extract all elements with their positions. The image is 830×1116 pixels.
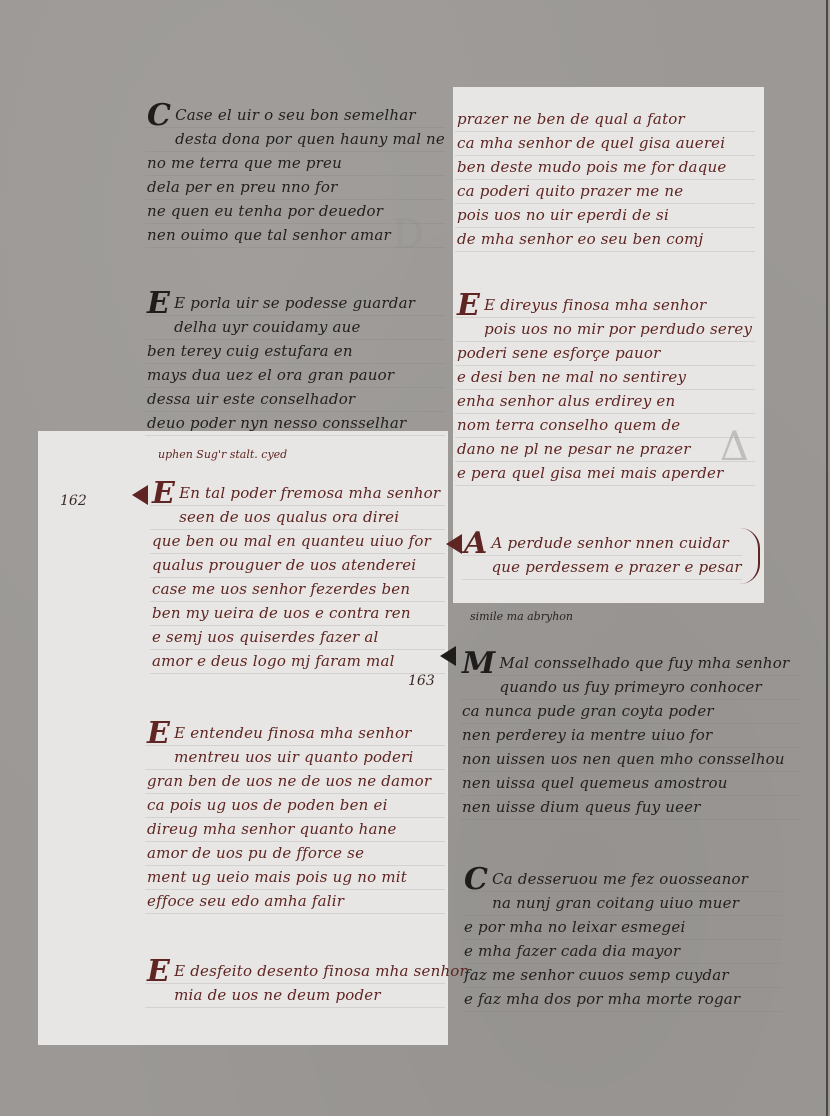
verse-line: dano ne pl ne pesar ne prazer [455,438,755,462]
verse-line: amor e deus logo mj faram mal [150,650,445,674]
verse-line: effoce seu edo amha falir [145,890,445,914]
verse-line: E entendeu finosa mha senhor [174,724,411,742]
verse-line: e desi ben ne mal no sentirey [455,366,755,390]
folio-number: 162 [60,493,87,509]
verse-line: e semj uos quiserdes fazer al [150,626,445,650]
initial-letter: C [464,866,488,894]
verse-line: de mha senhor eo seu ben comj [455,228,755,252]
right-stanza-1: prazer ne ben de qual a fator ca mha sen… [455,108,755,252]
right-stanza-5: CCa desseruou me fez ouosseanor na nunj … [462,868,782,1012]
verse-line: quando us fuy primeyro conhocer [460,676,800,700]
left-stanza-3: EEn tal poder fremosa mha senhor seen de… [150,482,445,674]
verse-line: poderi sene esforçe pauor [455,342,755,366]
initial-letter: E [457,292,480,320]
initial-letter: C [147,102,171,130]
verse-line: gran ben de uos ne de uos ne damor [145,770,445,794]
verse-line: seen de uos qualus ora direi [150,506,445,530]
verse-line: na nunj gran coitang uiuo muer [462,892,782,916]
right-stanza-4: MMal consselhado que fuy mha senhor quan… [460,652,800,820]
page-spine-edge [826,0,828,1116]
verse-line: e faz mha dos por mha morte rogar [462,988,782,1012]
left-stanza-4: EE entendeu finosa mha senhor mentreu uo… [145,722,445,914]
verse-line: nen perderey ia mentre uiuo for [460,724,800,748]
verse-line: e pera quel gisa mei mais aperder [455,462,755,486]
verse-line: ca pois ug uos de poden ben ei [145,794,445,818]
verse-line: e por mha no leixar esmegei [462,916,782,940]
verse-line: nen uisse dium queus fuy ueer [460,796,800,820]
verse-line: case me uos senhor fezerdes ben [150,578,445,602]
marginal-note: simile ma abryhon [470,610,573,623]
paragraph-pointer-mark [440,646,456,666]
left-stanza-2: EE porla uir se podesse guardar delha uy… [145,292,445,436]
verse-line: desta dona por quen hauny mal ne [145,128,445,152]
left-stanza-5: EE desfeito desento finosa mha senhor mi… [145,960,445,1008]
marginal-note: uphen Sug'r stalt. cyed [158,448,287,461]
verse-line: deuo poder nyn nesso consselhar [145,412,445,436]
verse-line: mentreu uos uir quanto poderi [145,746,445,770]
verse-line: e mha fazer cada dia mayor [462,940,782,964]
verse-line: E porla uir se podesse guardar [174,294,415,312]
paragraph-pointer-mark [132,485,148,505]
initial-letter: E [147,290,170,318]
verse-line: ben my ueira de uos e contra ren [150,602,445,626]
verse-line: enha senhor alus erdirey en [455,390,755,414]
verse-line: ca poderi quito prazer me ne [455,180,755,204]
right-stanza-2: EE direyus finosa mha senhor pois uos no… [455,294,755,486]
initial-letter: E [147,958,170,986]
verse-line: Ca desseruou me fez ouosseanor [492,870,748,888]
verse-line: prazer ne ben de qual a fator [455,108,755,132]
verse-line: delha uyr couidamy aue [145,316,445,340]
verse-line: E desfeito desento finosa mha senhor [174,962,467,980]
verse-line: nen uissa quel quemeus amostrou [460,772,800,796]
verse-line: mia de uos ne deum poder [145,984,445,1008]
verse-line: que perdessem e prazer e pesar [462,556,742,580]
verse-line: ben terey cuig estufara en [145,340,445,364]
initial-letter: M [462,650,495,678]
verse-line: mays dua uez el ora gran pauor [145,364,445,388]
verse-line: dessa uir este conselhador [145,388,445,412]
verse-line: E direyus finosa mha senhor [484,296,706,314]
verse-line: pois uos no mir por perdudo serey [455,318,755,342]
verse-line: Mal consselhado que fuy mha senhor [499,654,789,672]
margin-bracket [732,528,760,584]
verse-line: Case el uir o seu bon semelhar [175,106,416,124]
verse-line: nom terra conselho quem de [455,414,755,438]
verse-line: no me terra que me preu [145,152,445,176]
verse-line: En tal poder fremosa mha senhor [179,484,440,502]
verse-line: que ben ou mal en quanteu uiuo for [150,530,445,554]
verse-line: ben deste mudo pois me for daque [455,156,755,180]
right-stanza-3: AA perdude senhor nnen cuidar que perdes… [462,532,742,580]
verse-line: faz me senhor cuuos semp cuydar [462,964,782,988]
verse-line: non uissen uos nen quen mho consselhou [460,748,800,772]
initial-letter: E [147,720,170,748]
verse-line: qualus prouguer de uos atenderei [150,554,445,578]
verse-line: ca mha senhor de quel gisa auerei [455,132,755,156]
verse-line: ca nunca pude gran coyta poder [460,700,800,724]
initial-letter: A [464,530,487,558]
paragraph-pointer-mark [446,534,462,554]
verse-line: nen ouimo que tal senhor amar [145,224,445,248]
initial-letter: E [152,480,175,508]
verse-line: direug mha senhor quanto hane [145,818,445,842]
verse-line: pois uos no uir eperdi de si [455,204,755,228]
verse-line: A perdude senhor nnen cuidar [491,534,728,552]
verse-line: ne quen eu tenha por deuedor [145,200,445,224]
verse-line: amor de uos pu de fforce se [145,842,445,866]
verse-line: ment ug ueio mais pois ug no mit [145,866,445,890]
left-stanza-1: CCase el uir o seu bon semelhar desta do… [145,104,445,248]
verse-line: dela per en preu nno for [145,176,445,200]
folio-number: 163 [408,673,435,689]
